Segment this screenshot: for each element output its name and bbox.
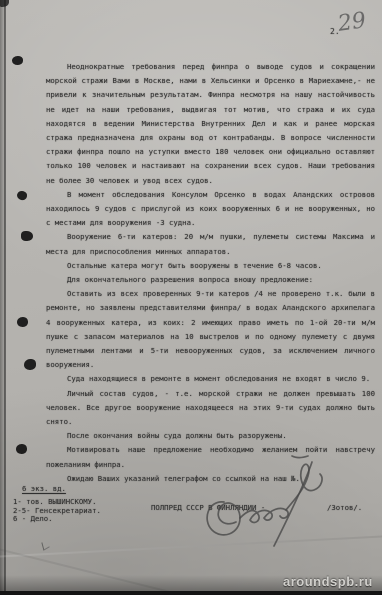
document-body: Неоднократные требования перед финпра о … xyxy=(46,60,375,486)
distribution-item: 6 - Дело. xyxy=(13,515,101,524)
signature-scrawl xyxy=(196,450,336,550)
pencil-mark xyxy=(41,539,49,551)
left-page-edge-line xyxy=(4,0,6,595)
paragraph: Остальные катера могут быть вооружены в … xyxy=(46,259,375,273)
paragraph: После окончания войны суда должны быть р… xyxy=(46,429,375,443)
page-number-handwritten: 29 xyxy=(336,8,367,37)
ink-dot xyxy=(17,317,28,327)
ink-dot xyxy=(24,359,36,370)
paragraph: Личный состав судов, - т.е. морской стра… xyxy=(46,387,375,430)
top-left-corner-mark xyxy=(0,0,9,7)
ink-dot xyxy=(21,231,33,241)
paragraph: Суда находящиеся в ремонте в момент обсл… xyxy=(46,372,375,386)
copies-note: 6 экз. вд. xyxy=(22,484,101,493)
ink-dot xyxy=(16,444,27,454)
watermark: aroundspb.ru xyxy=(283,574,373,589)
paragraph: Оставить из всех проверенных 9-ти катеро… xyxy=(46,287,375,372)
ink-dot xyxy=(16,190,28,201)
bottom-scan-edge xyxy=(0,591,382,595)
ink-dot xyxy=(12,56,23,65)
distribution-list: 6 экз. вд. 1- тов. ВЫШИНСКОМУ. 2-5- Генс… xyxy=(13,484,101,524)
paragraph: Для окончательного разрешения вопроса вн… xyxy=(46,273,375,287)
paragraph: Вооружение 6-ти катеров: 20 м/м пушки, п… xyxy=(46,230,375,258)
paragraph: В момент обследования Консулом Орсенко в… xyxy=(46,188,375,231)
scanned-document-page: 2. 29 Неоднократные требования перед фин… xyxy=(0,0,382,595)
paragraph: Неоднократные требования перед финпра о … xyxy=(46,60,375,188)
